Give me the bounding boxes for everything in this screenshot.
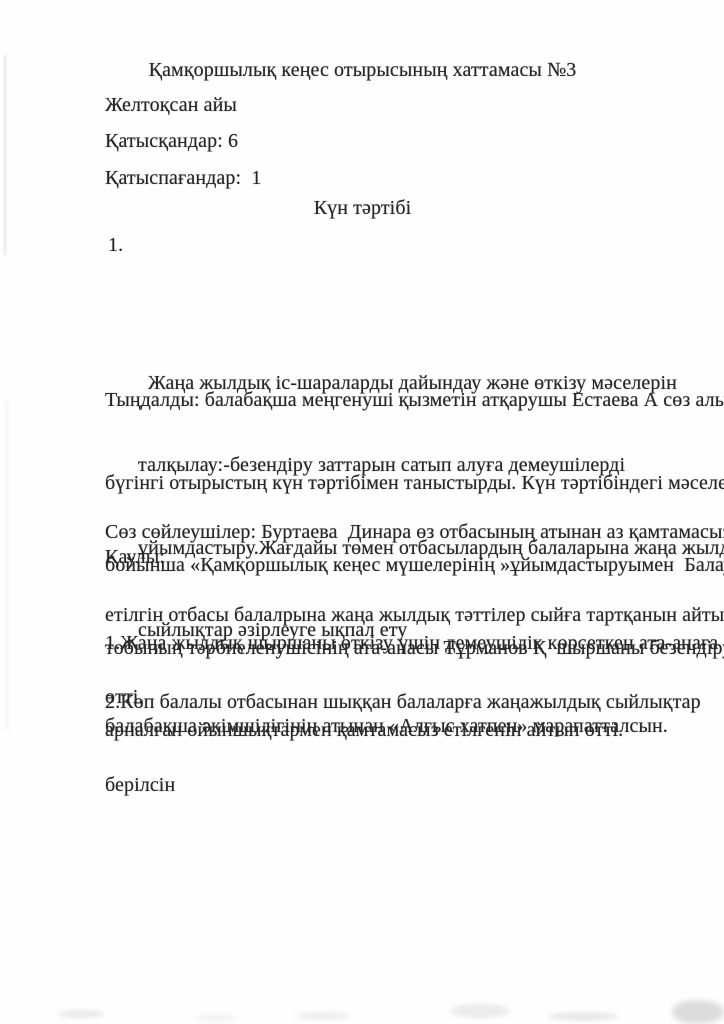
agenda-heading: Күн тәртібі xyxy=(105,195,620,223)
scanned-document-page: Қамқоршылық кеңес отырысының хаттамасы №… xyxy=(0,0,724,1024)
meta-month: Желтоқсан айы xyxy=(105,92,237,120)
document-title: Қамқоршылық кеңес отырысының хаттамасы №… xyxy=(105,57,620,85)
decision-item-line: берілсін xyxy=(105,772,701,800)
agenda-item-number: 1. xyxy=(108,232,123,260)
decision-heading: Қаулы: xyxy=(105,544,165,572)
scan-smudge-artifact xyxy=(296,1012,350,1020)
scan-smudge-artifact xyxy=(196,1014,236,1021)
meta-absentees-count: Қатыспағандар: 1 xyxy=(105,165,261,193)
scan-streak-artifact xyxy=(6,400,8,730)
scan-smudge-artifact xyxy=(548,1012,618,1021)
heard-line: Тыңдалды: балабақша меңгенуші қызметін а… xyxy=(105,387,724,415)
scan-smudge-artifact xyxy=(672,1000,724,1024)
decision-item-line: 2.Көп балалы отбасынан шыққан балаларға … xyxy=(105,689,701,717)
scan-smudge-artifact xyxy=(450,1004,510,1018)
speakers-line: Сөз сөйлеушілер: Буртаева Динара өз отба… xyxy=(105,519,724,547)
decision-item-2: 2.Көп балалы отбасынан шыққан балаларға … xyxy=(105,634,701,854)
meta-attendees-count: Қатысқандар: 6 xyxy=(105,128,238,156)
scan-streak-artifact xyxy=(4,55,6,255)
scan-smudge-artifact xyxy=(58,1010,104,1018)
